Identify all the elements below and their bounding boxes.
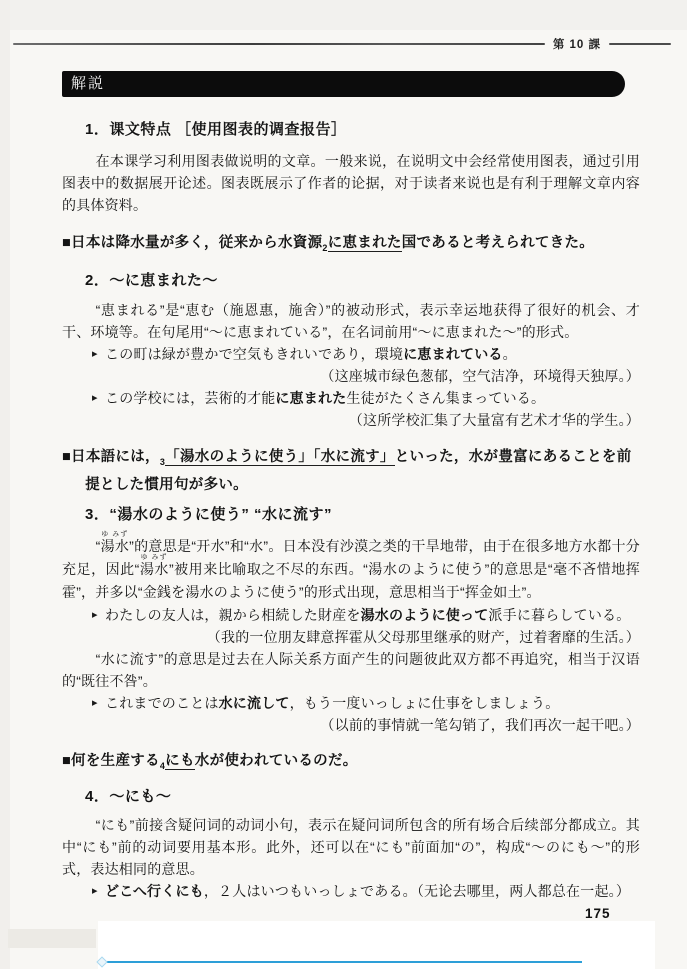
example-japanese: この学校には，芸術的才能に恵まれた生徒がたくさん集まっている。 bbox=[105, 390, 545, 406]
example-bullet-icon: ▸ bbox=[92, 343, 98, 365]
example-bullet-icon: ▸ bbox=[92, 692, 98, 714]
banner-title: 解説 bbox=[71, 75, 105, 92]
example-translation: （这座城市绿色葱郁，空气洁净，环境得天独厚。） bbox=[62, 365, 640, 387]
example-bullet-icon: ▸ bbox=[92, 387, 98, 409]
example-translation: （这所学校汇集了大量富有艺术才华的学生。） bbox=[62, 409, 640, 431]
section3-paragraph-1: “湯水ゆ みず”的意思是“开水”和“水”。日本没有沙漠之类的干旱地带，由于在很多… bbox=[62, 531, 640, 604]
textbook-page: 第 10 課 解説 1．课文特点 ［使用图表的调查报告］ 在本课学习利用图表做说… bbox=[0, 0, 687, 969]
section3-heading: 3．“湯水のように使う” “水に流す” bbox=[85, 505, 640, 525]
page-number: 175 bbox=[585, 906, 611, 921]
section2-heading: 2．～に恵まれた～ bbox=[85, 271, 640, 291]
section-banner: 解説 bbox=[62, 71, 625, 97]
section1-paragraph: 在本课学习利用图表做说明的文章。一般来说，在说明文中会经常使用图表，通过引用图表… bbox=[62, 150, 640, 216]
accent-divider-line bbox=[104, 961, 582, 963]
header-rule-left bbox=[13, 43, 545, 45]
example-sentence: ▸ この学校には，芸術的才能に恵まれた生徒がたくさん集まっている。 bbox=[62, 387, 640, 409]
example-translation: （以前的事情就一笔勾销了，我们再次一起干吧。） bbox=[62, 714, 640, 736]
page-header: 第 10 課 bbox=[13, 36, 671, 52]
example-bullet-icon: ▸ bbox=[92, 604, 98, 626]
example-translation: （我的一位朋友肆意挥霍从父母那里继承的财产，过着奢靡的生活。） bbox=[62, 626, 640, 648]
section2-paragraph: “恵まれる”是“恵む（施恩惠，施舍）”的被动形式，表示幸运地获得了很好的机会、才… bbox=[62, 299, 640, 343]
example-bullet-icon: ▸ bbox=[92, 880, 98, 902]
lead-sentence-1: ■日本は降水量が多く，従来から水資源2に恵まれた国であると考えられてきた。 bbox=[62, 232, 640, 260]
example-japanese: この町は緑が豊かで空気もきれいであり，環境に恵まれている。 bbox=[105, 346, 517, 362]
example-sentence: ▸ これまでのことは水に流して，もう一度いっしょに仕事をしましょう。 bbox=[62, 692, 640, 714]
example-japanese: どこへ行くにも，２人はいつもいっしょである。（无论去哪里，两人都总在一起。） bbox=[105, 883, 630, 899]
section4-paragraph: “にも”前接含疑问词的动词小句，表示在疑问词所包含的所有场合后续部分都成立。其中… bbox=[62, 814, 640, 880]
scan-artifact-smudge bbox=[8, 929, 96, 948]
lesson-number-label: 第 10 課 bbox=[553, 36, 601, 52]
example-sentence: ▸ この町は緑が豊かで空気もきれいであり，環境に恵まれている。 bbox=[62, 343, 640, 365]
page-left-edge bbox=[0, 0, 10, 969]
page-top-margin bbox=[0, 0, 687, 30]
header-rule-right bbox=[609, 43, 671, 45]
page-content: 1．课文特点 ［使用图表的调查报告］ 在本课学习利用图表做说明的文章。一般来说，… bbox=[62, 112, 640, 902]
lead-sentence-3: ■何を生産する4にも水が使われているのだ。 bbox=[62, 750, 640, 778]
section4-heading: 4．～にも～ bbox=[85, 787, 640, 807]
section3-paragraph-2: “水に流す”的意思是过去在人际关系方面产生的问题彼此双方都不再追究，相当于汉语的… bbox=[62, 648, 640, 692]
example-japanese: これまでのことは水に流して，もう一度いっしょに仕事をしましょう。 bbox=[105, 695, 559, 711]
section1-heading: 1．课文特点 ［使用图表的调查报告］ bbox=[85, 120, 640, 140]
lead-sentence-2: ■日本語には，3「湯水のように使う」「水に流す」といった，水が豊富にあることを前… bbox=[62, 446, 640, 497]
example-japanese: わたしの友人は，親から相続した財産を湯水のように使って派手に暮らしている。 bbox=[105, 607, 630, 623]
example-sentence: ▸ わたしの友人は，親から相続した財産を湯水のように使って派手に暮らしている。 bbox=[62, 604, 640, 626]
example-sentence: ▸ どこへ行くにも，２人はいつもいっしょである。（无论去哪里，两人都总在一起。） bbox=[62, 880, 640, 902]
